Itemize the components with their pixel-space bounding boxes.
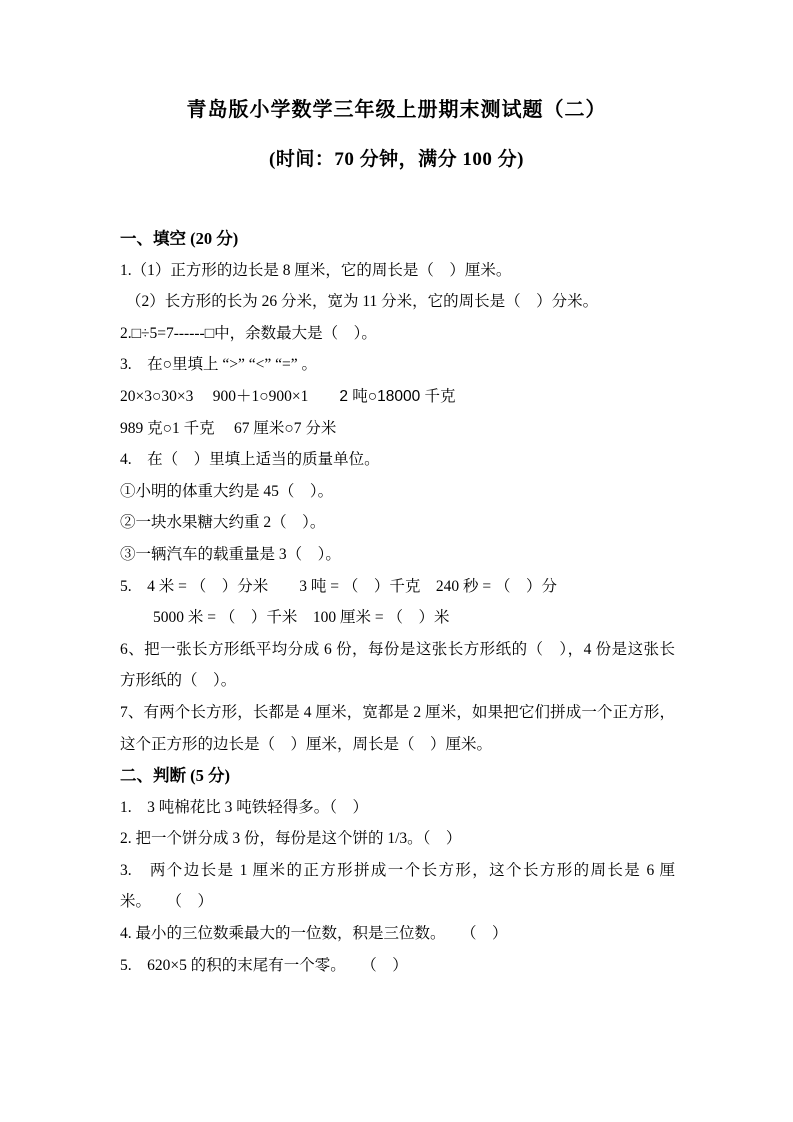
text-segment: 4. 最小的三位数乘最大的一位数，积是三位数。 （ ）: [120, 925, 508, 942]
text-segment: ③一辆汽车的载重量是 3（ ）。: [120, 546, 341, 563]
document-title: 青岛版小学数学三年级上册期末测试题（二）: [0, 95, 793, 125]
text-segment: 这个正方形的边长是（ ）厘米，周长是（ ）厘米。: [120, 736, 492, 753]
text-segment: 20×3○30×3 900＋1○900×1: [120, 388, 339, 405]
text-segment: 6、把一张长方形纸平均分成 6 份，每份是这张长方形纸的（ ），4 份是这张长: [120, 641, 675, 658]
document-line: 这个正方形的边长是（ ）厘米，周长是（ ）厘米。: [120, 729, 675, 761]
text-segment: 5. 620×5 的积的末尾有一个零。 （ ）: [120, 957, 408, 974]
document-body: 一、填空 (20 分)1.（1）正方形的边长是 8 厘米，它的周长是（ ）厘米。…: [120, 223, 675, 981]
document-line: 20×3○30×3 900＋1○900×1 2 吨○18000 千克: [120, 381, 675, 413]
document-line: 3. 两个边长是 1 厘米的正方形拼成一个长方形，这个长方形的周长是 6 厘: [120, 855, 675, 887]
text-segment: ①小明的体重大约是 45（ ）。: [120, 483, 333, 500]
document-line: 4. 最小的三位数乘最大的一位数，积是三位数。 （ ）: [120, 918, 675, 950]
document-line: 989 克○1 千克 67 厘米○7 分米: [120, 413, 675, 445]
document-line: （2）长方形的长为 26 分米，宽为 11 分米，它的周长是（ ）分米。: [120, 286, 675, 318]
document-line: 6、把一张长方形纸平均分成 6 份，每份是这张长方形纸的（ ），4 份是这张长: [120, 634, 675, 666]
document-line: 5. 4 米 = （ ）分米 3 吨 = （ ）千克 240 秒 = （ ）分: [120, 571, 675, 603]
document-line: 2. 把一个饼分成 3 份，每份是这个饼的 1/3。（ ）: [120, 823, 675, 855]
document-line: 2.□÷5=7------□中，余数最大是（ ）。: [120, 318, 675, 350]
text-segment: 米。 （ ）: [120, 893, 213, 910]
text-segment: 二、判断 (5 分): [120, 766, 230, 785]
text-segment: 5. 4 米 = （ ）分米 3 吨 = （ ）千克 240 秒 = （ ）分: [120, 578, 557, 595]
document-page: 青岛版小学数学三年级上册期末测试题（二） (时间：70 分钟，满分 100 分)…: [0, 0, 793, 1122]
text-segment: 方形纸的（ ）。: [120, 672, 236, 689]
text-segment: 2 吨○18000 千克: [339, 388, 455, 405]
document-line: ①小明的体重大约是 45（ ）。: [120, 476, 675, 508]
text-segment: 2.□÷5=7------□中，余数最大是（ ）。: [120, 325, 377, 342]
document-line: 方形纸的（ ）。: [120, 665, 675, 697]
document-line: 3. 在○里填上 “>” “<” “=” 。: [120, 349, 675, 381]
text-segment: 7、有两个长方形，长都是 4 厘米，宽都是 2 厘米，如果把它们拼成一个正方形，: [120, 704, 675, 721]
document-line: 米。 （ ）: [120, 886, 675, 918]
document-line: 5. 620×5 的积的末尾有一个零。 （ ）: [120, 950, 675, 982]
document-header: 青岛版小学数学三年级上册期末测试题（二） (时间：70 分钟，满分 100 分): [0, 0, 793, 175]
text-segment: 3. 在○里填上 “>” “<” “=” 。: [120, 356, 317, 373]
document-line: 4. 在（ ）里填上适当的质量单位。: [120, 444, 675, 476]
text-segment: ②一块水果糖大约重 2（ ）。: [120, 514, 325, 531]
document-line: 5000 米 = （ ）千米 100 厘米 = （ ）米: [120, 602, 675, 634]
text-segment: 1.（1）正方形的边长是 8 厘米，它的周长是（ ）厘米。: [120, 262, 511, 279]
text-segment: 一、填空 (20 分): [120, 229, 238, 248]
document-line: 7、有两个长方形，长都是 4 厘米，宽都是 2 厘米，如果把它们拼成一个正方形，: [120, 697, 675, 729]
document-line: ③一辆汽车的载重量是 3（ ）。: [120, 539, 675, 571]
text-segment: 4. 在（ ）里填上适当的质量单位。: [120, 451, 380, 468]
document-line: 二、判断 (5 分): [120, 760, 675, 792]
text-segment: 989 克○1 千克 67 厘米○7 分米: [120, 420, 336, 437]
text-segment: （2）长方形的长为 26 分米，宽为 11 分米，它的周长是（ ）分米。: [126, 293, 598, 310]
text-segment: 3. 两个边长是 1 厘米的正方形拼成一个长方形，这个长方形的周长是 6 厘: [120, 862, 675, 879]
document-line: ②一块水果糖大约重 2（ ）。: [120, 507, 675, 539]
document-line: 1.（1）正方形的边长是 8 厘米，它的周长是（ ）厘米。: [120, 255, 675, 287]
text-segment: 2. 把一个饼分成 3 份，每份是这个饼的 1/3。（ ）: [120, 830, 461, 847]
document-line: 一、填空 (20 分): [120, 223, 675, 255]
text-segment: 1. 3 吨棉花比 3 吨铁轻得多。（ ）: [120, 799, 368, 816]
text-segment: 5000 米 = （ ）千米 100 厘米 = （ ）米: [153, 609, 449, 626]
document-subtitle: (时间：70 分钟，满分 100 分): [0, 145, 793, 175]
document-line: 1. 3 吨棉花比 3 吨铁轻得多。（ ）: [120, 792, 675, 824]
